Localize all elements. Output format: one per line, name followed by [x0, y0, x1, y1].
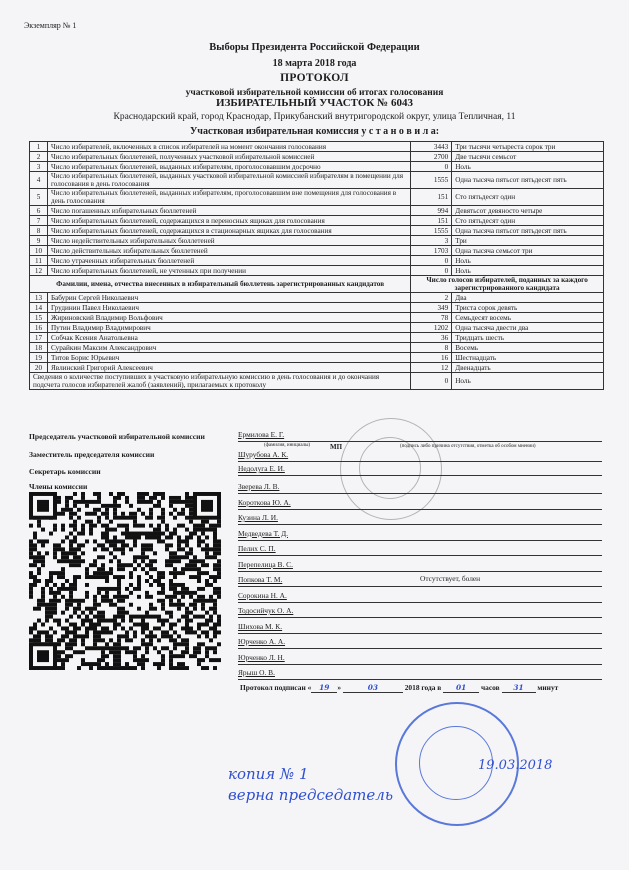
row-number: 13 — [30, 293, 48, 303]
row-value: 8 — [411, 343, 452, 353]
row-label: Число недействительных избирательных бюл… — [47, 236, 410, 246]
row-value: 16 — [411, 353, 452, 363]
table-row: 1Число избирателей, включенных в список … — [30, 142, 604, 152]
complaints-words: Ноль — [452, 373, 604, 390]
row-words: Шестнадцать — [452, 353, 604, 363]
row-words: Ноль — [452, 256, 604, 266]
deputy-name-line: Шурубова А. К. — [238, 450, 602, 462]
member-name-line: Шихова М. К. — [238, 622, 602, 634]
established-heading: Участковая избирательная комиссия у с т … — [0, 126, 629, 137]
row-value: 151 — [411, 216, 452, 226]
table-row: 7Число избирательных бюллетеней, содержа… — [30, 216, 604, 226]
candidates-header-row: Фамилии, имена, отчества внесенных в изб… — [30, 276, 604, 293]
row-number: 7 — [30, 216, 48, 226]
table-row: 5Число избирательных бюллетеней, выданны… — [30, 189, 604, 206]
row-label: Число избирательных бюллетеней, содержащ… — [47, 226, 410, 236]
table-row: 15Жириновский Владимир Вольфович78Семьде… — [30, 313, 604, 323]
row-value: 2700 — [411, 152, 452, 162]
candidates-names-header: Фамилии, имена, отчества внесенных в изб… — [30, 276, 411, 293]
handwritten-date: 19.03.2018 — [478, 758, 552, 773]
row-words: Одна тысяча двести два — [452, 323, 604, 333]
row-value: 12 — [411, 363, 452, 373]
chair-role: Председатель участковой избирательной ко… — [29, 432, 205, 441]
row-label: Собчак Ксения Анатольевна — [47, 333, 410, 343]
row-words: Три тысячи четыреста сорок три — [452, 142, 604, 152]
table-row: 10Число действительных избирательных бюл… — [30, 246, 604, 256]
row-words: Ноль — [452, 266, 604, 276]
signature-note: (подпись либо причина отсутствия, отметк… — [400, 444, 536, 449]
row-number: 8 — [30, 226, 48, 236]
row-number: 15 — [30, 313, 48, 323]
row-value: 36 — [411, 333, 452, 343]
row-label: Число избирательных бюллетеней, выданных… — [47, 189, 410, 206]
signed-minute: 31 — [502, 683, 536, 693]
chair-name-line: Ермилова Е. Г. — [238, 430, 602, 442]
row-number: 11 — [30, 256, 48, 266]
row-words: Девятьсот девяносто четыре — [452, 206, 604, 216]
row-words: Три — [452, 236, 604, 246]
table-row: 18Сурайкин Максим Александрович8Восемь — [30, 343, 604, 353]
row-number: 2 — [30, 152, 48, 162]
row-label: Число избирательных бюллетеней, содержащ… — [47, 216, 410, 226]
row-number: 19 — [30, 353, 48, 363]
row-label: Число избирательных бюллетеней, выданных… — [47, 172, 410, 189]
table-row: 13Бабурин Сергей Николаевич2Два — [30, 293, 604, 303]
row-words: Триста сорок девять — [452, 303, 604, 313]
row-value: 78 — [411, 313, 452, 323]
row-number: 16 — [30, 323, 48, 333]
row-label: Явлинский Григорий Алексеевич — [47, 363, 410, 373]
row-label: Число утраченных избирательных бюллетене… — [47, 256, 410, 266]
row-value: 3443 — [411, 142, 452, 152]
row-label: Титов Борис Юрьевич — [47, 353, 410, 363]
row-label: Число избирательных бюллетеней, полученн… — [47, 152, 410, 162]
member-name-line: Кузина Л. И. — [238, 513, 602, 525]
member-name-line: Сорокина Н. А. — [238, 591, 602, 603]
row-words: Одна тысяча семьсот три — [452, 246, 604, 256]
row-value: 1703 — [411, 246, 452, 256]
row-words: Двенадцать — [452, 363, 604, 373]
row-number: 1 — [30, 142, 48, 152]
row-number: 20 — [30, 363, 48, 373]
election-title: Выборы Президента Российской Федерации — [0, 42, 629, 53]
row-number: 10 — [30, 246, 48, 256]
member-name-line: Ярыш О. В. — [238, 668, 602, 680]
row-words: Семьдесят восемь — [452, 313, 604, 323]
complaints-label: Сведения о количестве поступивших в учас… — [30, 373, 411, 390]
member-name-line: Медведева Т. Д. — [238, 529, 602, 541]
table-row: 17Собчак Ксения Анатольевна36Тридцать ше… — [30, 333, 604, 343]
table-row: 9Число недействительных избирательных бю… — [30, 236, 604, 246]
member-name-line: Перепелица В. С. — [238, 560, 602, 572]
row-value: 3 — [411, 236, 452, 246]
table-row: 20Явлинский Григорий Алексеевич12Двенадц… — [30, 363, 604, 373]
table-row: 11Число утраченных избирательных бюллете… — [30, 256, 604, 266]
row-number: 9 — [30, 236, 48, 246]
row-value: 0 — [411, 256, 452, 266]
row-words: Одна тысяча пятьсот пятьдесят пять — [452, 172, 604, 189]
table-row: 4Число избирательных бюллетеней, выданны… — [30, 172, 604, 189]
row-words: Ноль — [452, 162, 604, 172]
row-label: Число избирательных бюллетеней, не учтен… — [47, 266, 410, 276]
handwritten-verified-note: верна председатель — [228, 786, 393, 804]
candidates-votes-header: Число голосов избирателей, поданных за к… — [411, 276, 604, 293]
member-name-line: Зверева Л. В. — [238, 482, 602, 494]
row-label: Число избирательных бюллетеней, выданных… — [47, 162, 410, 172]
row-label: Сурайкин Максим Александрович — [47, 343, 410, 353]
row-number: 18 — [30, 343, 48, 353]
precinct-title: ИЗБИРАТЕЛЬНЫЙ УЧАСТОК № 6043 — [0, 97, 629, 109]
protocol-page: Экземпляр № 1 Выборы Президента Российск… — [0, 0, 629, 870]
members-role: Члены комиссии — [29, 482, 87, 491]
row-label: Путин Владимир Владимирович — [47, 323, 410, 333]
row-value: 994 — [411, 206, 452, 216]
row-words: Сто пятьдесят один — [452, 189, 604, 206]
row-value: 1555 — [411, 226, 452, 236]
copy-number: Экземпляр № 1 — [24, 21, 76, 30]
member-name-line: Тодосийчук О. А. — [238, 606, 602, 618]
table-row: 16Путин Владимир Владимирович1202Одна ты… — [30, 323, 604, 333]
member-name-line: Короткова Ю. А. — [238, 498, 602, 510]
row-value: 1202 — [411, 323, 452, 333]
table-row: 19Титов Борис Юрьевич16Шестнадцать — [30, 353, 604, 363]
table-row: 14Грудинин Павел Николаевич349Триста сор… — [30, 303, 604, 313]
doc-type: ПРОТОКОЛ — [0, 72, 629, 84]
complaints-row: Сведения о количестве поступивших в учас… — [30, 373, 604, 390]
deputy-role: Заместитель председателя комиссии — [29, 450, 154, 459]
row-number: 5 — [30, 189, 48, 206]
row-label: Жириновский Владимир Вольфович — [47, 313, 410, 323]
signed-hour: 01 — [443, 683, 479, 693]
row-number: 4 — [30, 172, 48, 189]
row-number: 12 — [30, 266, 48, 276]
row-words: Восемь — [452, 343, 604, 353]
row-value: 2 — [411, 293, 452, 303]
row-number: 3 — [30, 162, 48, 172]
row-words: Две тысячи семьсот — [452, 152, 604, 162]
row-label: Грудинин Павел Николаевич — [47, 303, 410, 313]
row-words: Одна тысяча пятьсот пятьдесят пять — [452, 226, 604, 236]
row-number: 6 — [30, 206, 48, 216]
election-date: 18 марта 2018 года — [0, 58, 629, 69]
row-words: Сто пятьдесят один — [452, 216, 604, 226]
signed-day: 19 — [311, 683, 337, 693]
signed-line: Протокол подписан «19» 03 2018 года в 01… — [240, 683, 558, 693]
qr-code — [29, 492, 221, 670]
table-row: 6Число погашенных избирательных бюллетен… — [30, 206, 604, 216]
row-label: Число действительных избирательных бюлле… — [47, 246, 410, 256]
results-table: 1Число избирателей, включенных в список … — [29, 141, 604, 390]
row-value: 151 — [411, 189, 452, 206]
complaints-value: 0 — [411, 373, 452, 390]
row-value: 0 — [411, 162, 452, 172]
row-value: 349 — [411, 303, 452, 313]
row-number: 17 — [30, 333, 48, 343]
secretary-role: Секретарь комиссии — [29, 467, 101, 476]
row-words: Тридцать шесть — [452, 333, 604, 343]
handwritten-copy-note: копия № 1 — [228, 765, 309, 783]
row-value: 0 — [411, 266, 452, 276]
row-value: 1555 — [411, 172, 452, 189]
member-name-line: Юрченко А. А. — [238, 637, 602, 649]
secretary-name-line: Недолуга Е. И. — [238, 464, 602, 476]
precinct-address: Краснодарский край, город Краснодар, При… — [0, 112, 629, 122]
member-name-line: Пелих С. П. — [238, 544, 602, 556]
absent-note: Отсутствует, болен — [420, 574, 480, 583]
signed-month: 03 — [343, 683, 403, 693]
table-row: 12Число избирательных бюллетеней, не учт… — [30, 266, 604, 276]
row-words: Два — [452, 293, 604, 303]
table-row: 8Число избирательных бюллетеней, содержа… — [30, 226, 604, 236]
row-label: Число погашенных избирательных бюллетене… — [47, 206, 410, 216]
name-note: (фамилия, инициалы) — [264, 443, 310, 448]
table-row: 2Число избирательных бюллетеней, получен… — [30, 152, 604, 162]
member-name-line: Юрченко Л. Н. — [238, 653, 602, 665]
row-label: Бабурин Сергей Николаевич — [47, 293, 410, 303]
row-label: Число избирателей, включенных в список и… — [47, 142, 410, 152]
row-number: 14 — [30, 303, 48, 313]
table-row: 3Число избирательных бюллетеней, выданны… — [30, 162, 604, 172]
